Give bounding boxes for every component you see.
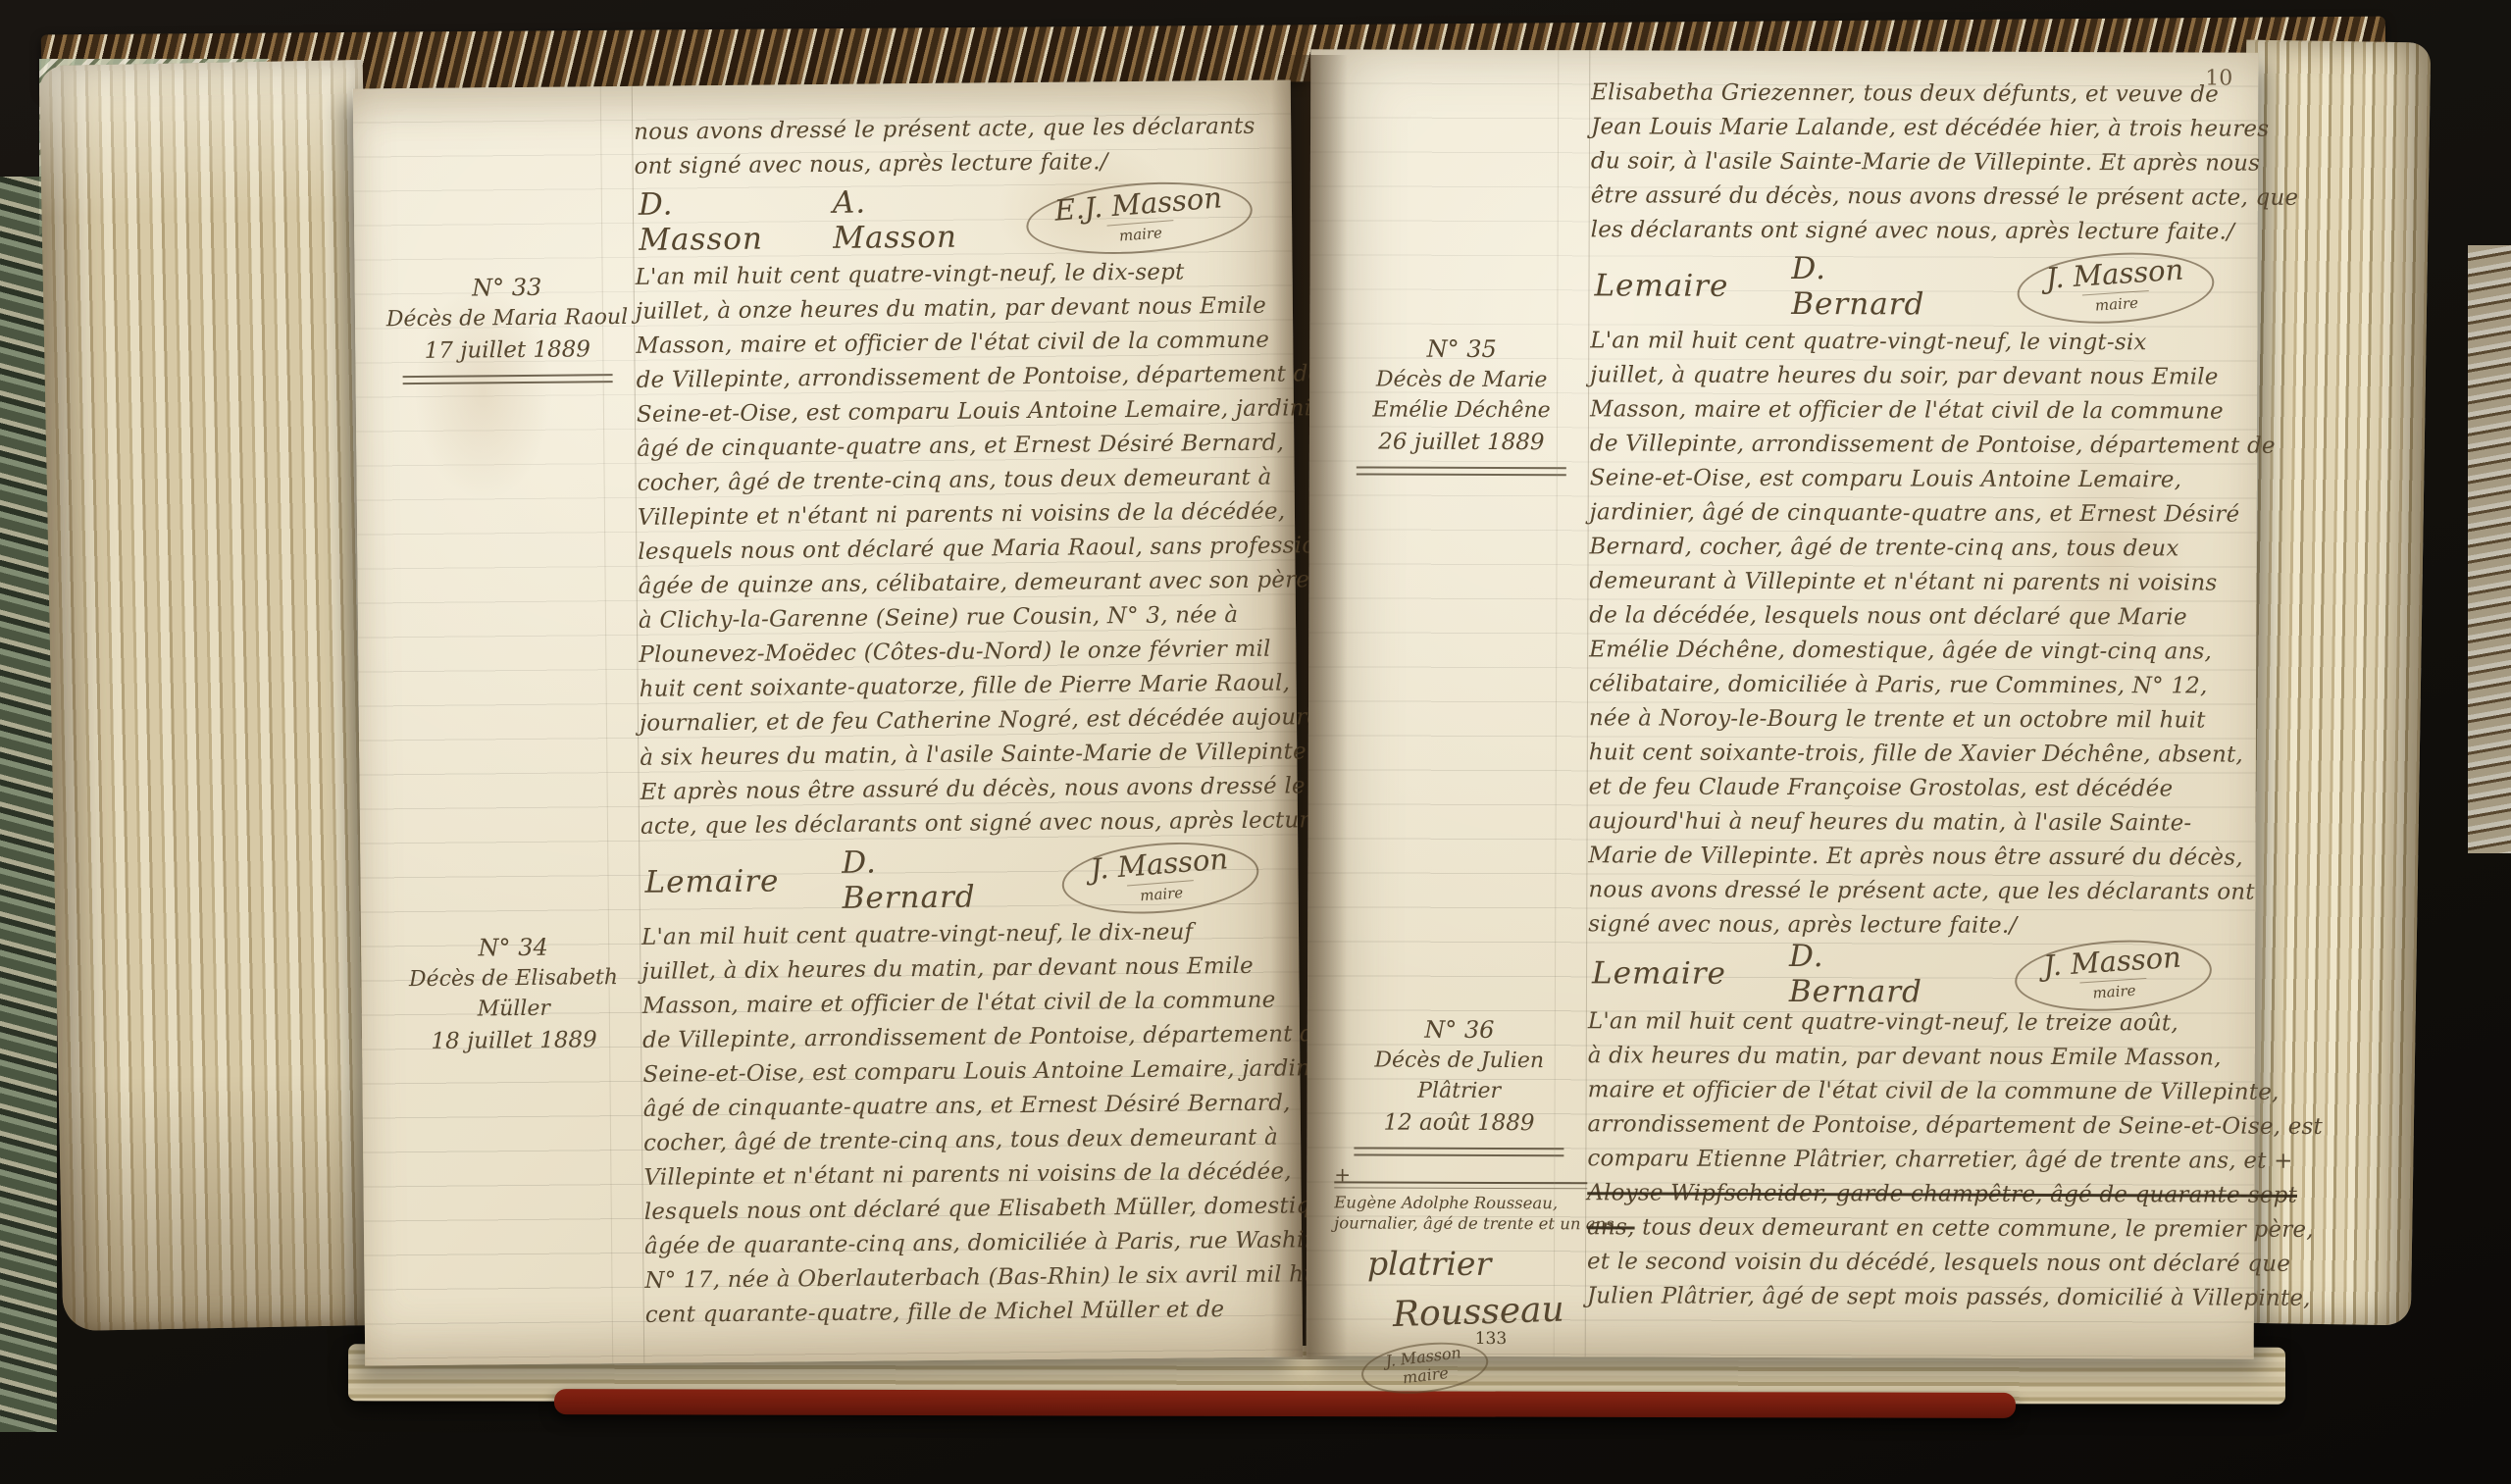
mayor-title: maire xyxy=(1402,1363,1450,1387)
act-34-margin-annotation: N° 34 Décès de Elisabeth Müller 18 juill… xyxy=(384,921,645,1335)
manuscript-line: comparu Etienne Plâtrier, charretier, âg… xyxy=(1587,1142,2225,1178)
mayor-signature: J. Masson xyxy=(2045,254,2185,294)
mayor-title: maire xyxy=(2080,977,2148,1001)
manuscript-text: tous deux demeurant en cette commune, le… xyxy=(1635,1214,2314,1242)
mayor-signature-oval: J. Masson maire xyxy=(1358,1336,1491,1400)
act-33: N° 33 Décès de Maria Raoul 17 juillet 18… xyxy=(378,255,1272,847)
renvoi-caret-mark: + xyxy=(1334,1169,1587,1180)
mayor-signature-oval: J. Masson maire xyxy=(1059,835,1261,920)
manuscript-line: de la décédée, lesquels nous ont déclaré… xyxy=(1589,598,2227,635)
manuscript-line: aujourd'hui à neuf heures du matin, à l'… xyxy=(1589,804,2227,841)
act-date: 18 juillet 1889 xyxy=(385,1023,642,1059)
manuscript-line: être assuré du décès, nous avons dressé … xyxy=(1591,179,2229,215)
struck-text: ans, xyxy=(1587,1214,1635,1240)
act-35-body-text: L'an mil huit cent quatre-vingt-neuf, le… xyxy=(1588,324,2228,944)
act-number: N° 35 xyxy=(1333,333,1590,365)
act-34-continuation-text: Elisabetha Griezenner, tous deux défunts… xyxy=(1591,76,2229,249)
manuscript-line: de Villepinte, arrondissement de Pontois… xyxy=(1590,427,2228,463)
margin-double-rule xyxy=(1356,466,1566,476)
margin-double-rule xyxy=(1354,1147,1564,1156)
signature-d-masson: D. Masson xyxy=(639,186,771,258)
insertion-word-platrier: platrier xyxy=(1367,1242,1587,1288)
manuscript-line: et le second voisin du décédé, lesquels … xyxy=(1587,1245,2225,1281)
act-32-continuation-text: nous avons dressé le présent acte, que l… xyxy=(634,110,1266,184)
book-gutter-shadow xyxy=(1271,55,1348,1359)
act-36-body-text: L'an mil huit cent quatre-vingt-neuf, le… xyxy=(1587,1004,2226,1395)
act-number: N° 33 xyxy=(379,271,636,305)
manuscript-line: Emélie Déchêne, domestique, âgée de ving… xyxy=(1589,633,2227,669)
manuscript-line: huit cent soixante-trois, fille de Xavie… xyxy=(1589,736,2227,772)
struck-text: Aloyse Wipfscheider, garde champêtre, âg… xyxy=(1587,1180,2297,1208)
act-35-signature-row: Lemaire D. Bernard J. Masson maire xyxy=(1588,942,2226,1006)
act-title: Décès de Marie xyxy=(1333,364,1590,395)
manuscript-line: du soir, à l'asile Sainte-Marie de Ville… xyxy=(1591,144,2229,180)
act-title: Décès de Julien xyxy=(1331,1045,1588,1076)
act-title: Décès de Elisabeth xyxy=(384,962,641,996)
manuscript-line: Bernard, cocher, âgé de trente-cinq ans,… xyxy=(1589,530,2227,566)
mayor-signature-oval: J. Masson maire xyxy=(2016,246,2217,329)
mayor-title: maire xyxy=(1128,879,1196,904)
act-date: 17 juillet 1889 xyxy=(379,333,636,369)
act-number: N° 36 xyxy=(1331,1013,1588,1046)
insertion-rule xyxy=(1334,1181,1587,1189)
manuscript-line: demeurant à Villepinte et n'étant ni par… xyxy=(1589,564,2227,600)
act-number: N° 34 xyxy=(384,931,641,965)
signature-bernard: D. Bernard xyxy=(842,844,999,916)
manuscript-line: Seine-et-Oise, est comparu Louis Antoine… xyxy=(1590,461,2228,497)
manuscript-line: ans, tous deux demeurant en cette commun… xyxy=(1587,1210,2225,1247)
act-title: Emélie Déchêne xyxy=(1333,394,1590,426)
mayor-signature-oval: J. Masson maire xyxy=(2013,934,2214,1016)
manuscript-line: nous avons dressé le présent acte, que l… xyxy=(1588,873,2226,909)
mayor-signature: E.J. Masson xyxy=(1053,182,1223,227)
signature-lemaire: Lemaire xyxy=(1592,955,1726,991)
act-35: N° 35 Décès de Marie Emélie Déchêne 26 j… xyxy=(1331,323,2228,944)
register-book-photo: nous avons dressé le présent acte, que l… xyxy=(0,0,2511,1484)
act-title: Plâtrier xyxy=(1331,1075,1588,1106)
manuscript-line: née à Noroy-le-Bourg le trente et un oct… xyxy=(1589,701,2227,738)
right-register-page: 10 Elisabetha Griezenner, tous deux défu… xyxy=(1307,49,2259,1358)
manuscript-line: acte, que les déclarants ont signé avec … xyxy=(641,804,1272,844)
act-date: 12 août 1889 xyxy=(1330,1105,1587,1140)
act-36-margin-annotation: N° 36 Décès de Julien Plâtrier 12 août 1… xyxy=(1330,1003,1588,1393)
signature-lemaire: Lemaire xyxy=(1594,268,1728,303)
margin-double-rule xyxy=(402,374,613,384)
insertion-text: Eugène Adolphe Rousseau, journalier, âgé… xyxy=(1334,1192,1587,1234)
manuscript-line: maire et officier de l'état civil de la … xyxy=(1588,1073,2226,1109)
act-33-margin-annotation: N° 33 Décès de Maria Raoul 17 juillet 18… xyxy=(378,261,641,846)
manuscript-line: jardinier, âgé de cinquante-quatre ans, … xyxy=(1590,495,2228,532)
left-page-stack-edge xyxy=(39,60,387,1331)
insertion-line: Eugène Adolphe Rousseau, xyxy=(1334,1192,1587,1213)
act-title: Décès de Maria Raoul xyxy=(379,302,636,335)
mayor-title: maire xyxy=(1106,220,1174,245)
act-34-body-text: L'an mil huit cent quatre-vingt-neuf, le… xyxy=(641,915,1277,1333)
signature-lemaire: Lemaire xyxy=(644,863,779,899)
manuscript-line: L'an mil huit cent quatre-vingt-neuf, le… xyxy=(1588,1004,2226,1041)
marginal-insertion-note: + Eugène Adolphe Rousseau, journalier, â… xyxy=(1330,1169,1588,1393)
manuscript-line: juillet, à quatre heures du soir, par de… xyxy=(1590,358,2228,394)
manuscript-line: célibataire, domiciliée à Paris, rue Com… xyxy=(1589,667,2227,703)
manuscript-line: les déclarants ont signé avec nous, aprè… xyxy=(1591,213,2229,249)
act-date: 26 juillet 1889 xyxy=(1333,425,1590,459)
manuscript-line: et de feu Claude Françoise Grostolas, es… xyxy=(1589,770,2227,806)
mayor-signature: J. Masson xyxy=(1090,844,1230,886)
manuscript-line: Elisabetha Griezenner, tous deux défunts… xyxy=(1591,76,2229,112)
manuscript-line: arrondissement de Pontoise, département … xyxy=(1587,1107,2225,1144)
manuscript-line: Julien Plâtrier, âgé de sept mois passés… xyxy=(1587,1279,2225,1315)
signature-bernard: D. Bernard xyxy=(1789,939,1953,1010)
act-33-body-text: L'an mil huit cent quatre-vingt-neuf, le… xyxy=(635,255,1272,844)
left-register-page: nous avons dressé le présent acte, que l… xyxy=(353,79,1303,1365)
mayor-signature-oval: E.J. Masson maire xyxy=(1024,174,1255,261)
manuscript-line: cent quarante-quatre, fille de Michel Mü… xyxy=(645,1293,1277,1333)
manuscript-line: Marie de Villepinte. Et après nous être … xyxy=(1588,839,2226,875)
manuscript-line: Jean Louis Marie Lalande, est décédée hi… xyxy=(1591,110,2229,146)
manuscript-line: Masson, maire et officier de l'état civi… xyxy=(1590,392,2228,429)
manuscript-line: L'an mil huit cent quatre-vingt-neuf, le… xyxy=(1590,324,2228,360)
act-36: N° 36 Décès de Julien Plâtrier 12 août 1… xyxy=(1330,1003,2226,1395)
manuscript-line: nous avons dressé le présent acte, que l… xyxy=(634,110,1265,150)
act-33-signature-row: Lemaire D. Bernard J. Masson maire xyxy=(641,839,1273,921)
sheet-number: 133 xyxy=(1475,1329,1508,1349)
manuscript-line: à dix heures du matin, par devant nous E… xyxy=(1588,1039,2226,1075)
act-34-signature-row: Lemaire D. Bernard J. Masson maire xyxy=(1590,247,2228,326)
mayor-title: maire xyxy=(2082,289,2150,314)
act-34: N° 34 Décès de Elisabeth Müller 18 juill… xyxy=(384,915,1277,1336)
mayor-signature: J. Masson xyxy=(2043,942,2183,982)
signature-bernard: D. Bernard xyxy=(1791,251,1955,323)
act-35-margin-annotation: N° 35 Décès de Marie Emélie Déchêne 26 j… xyxy=(1331,323,1590,942)
signature-a-masson: A. Masson xyxy=(833,184,964,256)
insertion-line: journalier, âgé de trente et un ans. xyxy=(1334,1212,1587,1234)
manuscript-line: Aloyse Wipfscheider, garde champêtre, âg… xyxy=(1587,1176,2225,1212)
marbled-paper-sliver xyxy=(2468,245,2511,853)
act-title: Müller xyxy=(385,993,642,1026)
act-32-signature-row: D. Masson A. Masson E.J. Masson maire xyxy=(635,179,1267,261)
